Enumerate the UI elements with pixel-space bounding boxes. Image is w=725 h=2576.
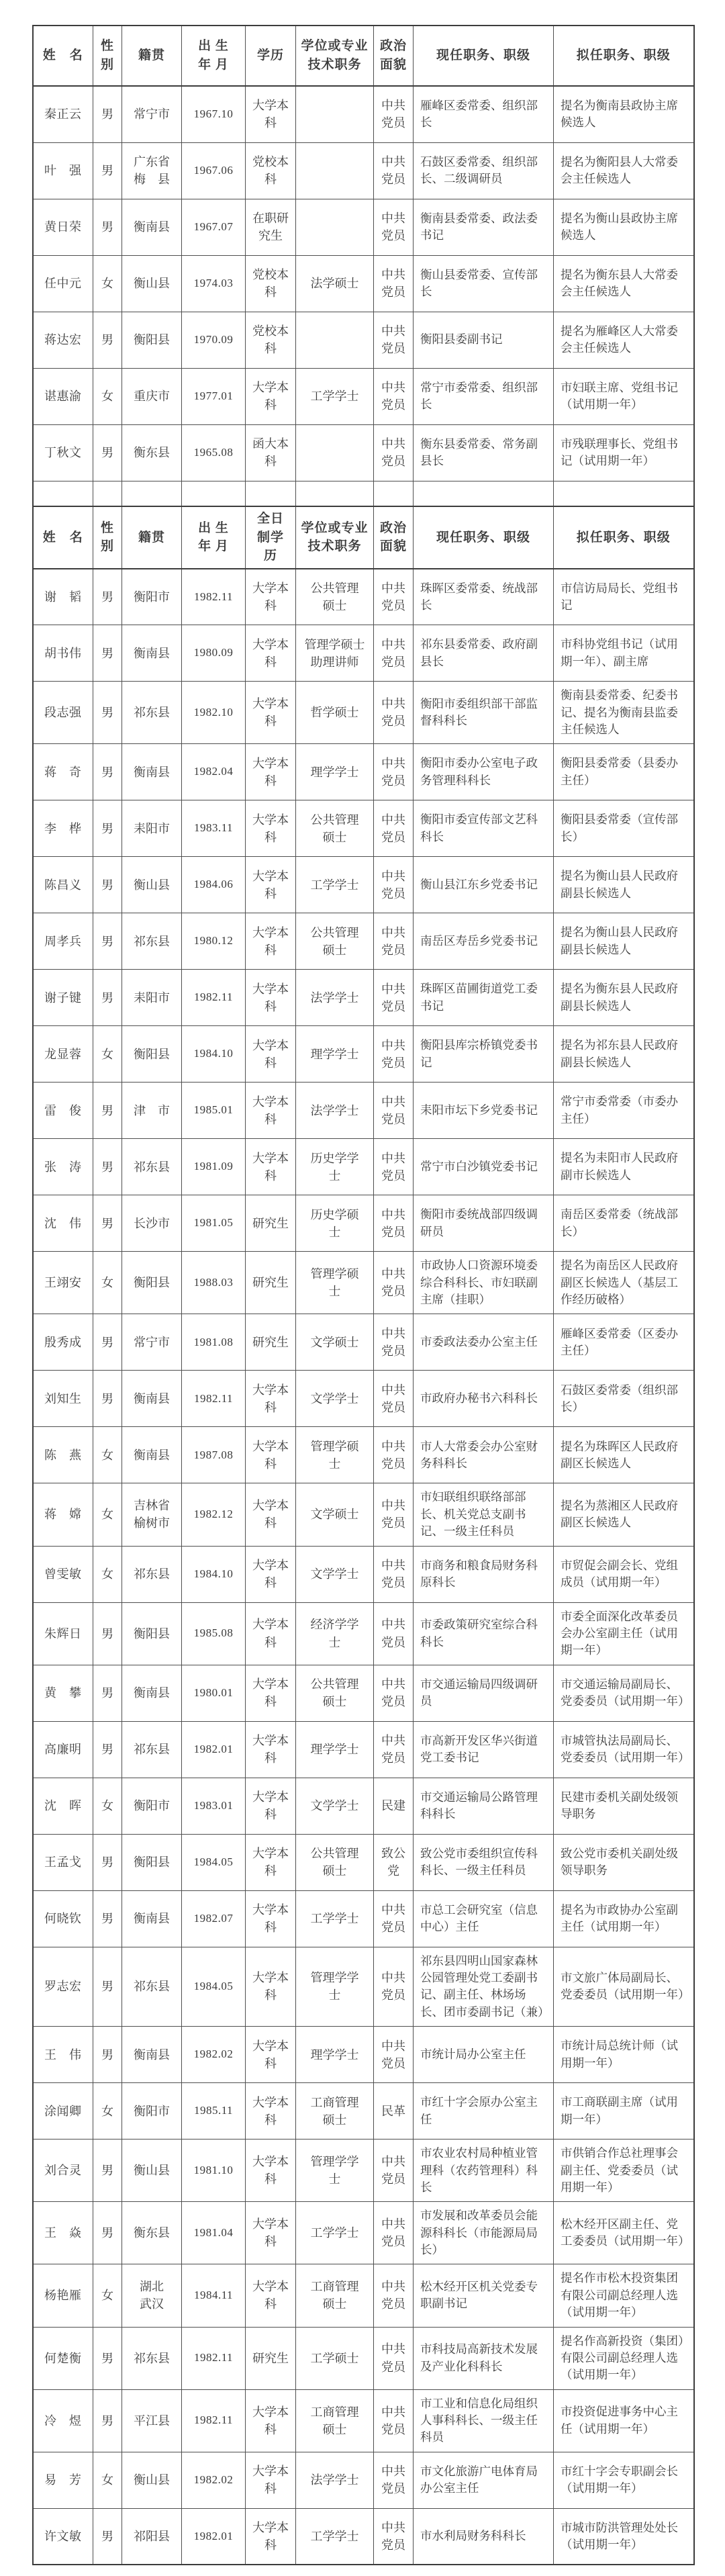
- header-row-section-2: 姓 名性 别籍贯出 生 年 月全日 制学 历学位或专业 技术职务政治 面貌现任职…: [33, 506, 694, 569]
- column-header: 姓 名: [33, 506, 93, 569]
- cell-proposed-position: 提名为珠晖区人民政府副区长候选人: [554, 1427, 694, 1483]
- cell-birth-date: 1983.01: [182, 1778, 246, 1834]
- cell-proposed-position: 市信访局局长、党组书记: [554, 569, 694, 625]
- cell-birth-date: 1965.08: [182, 424, 246, 481]
- cell-gender: 女: [93, 368, 122, 424]
- cell-birth-date: 1981.10: [182, 2140, 246, 2202]
- cell-name: 谢 韬: [33, 569, 93, 625]
- cell-education: 大学本科: [246, 2140, 296, 2202]
- cell-education: 函大本科: [246, 424, 296, 481]
- cell-current-position: 雁峰区委常委、组织部长: [414, 86, 554, 142]
- cell-political-status: 中共党员: [374, 682, 414, 744]
- cell-birth-date: 1977.01: [182, 368, 246, 424]
- cell-political-status: 中共党员: [374, 2508, 414, 2565]
- cell-education: 大学本科: [246, 1083, 296, 1139]
- cell-native-place: 祁东县: [122, 1139, 182, 1195]
- cell-gender: 男: [93, 86, 122, 142]
- cell-native-place: 衡阳市: [122, 2083, 182, 2140]
- cell-political-status: 中共党员: [374, 1483, 414, 1546]
- cell-gender: 男: [93, 1314, 122, 1371]
- cell-gender: 男: [93, 1371, 122, 1427]
- spacer-cell: [93, 481, 122, 506]
- cell-education: 在职研究生: [246, 199, 296, 255]
- cell-political-status: 中共党员: [374, 1139, 414, 1195]
- cell-current-position: 市发展和改革委员会能源科科长（市能源局局长）: [414, 2202, 554, 2264]
- cell-gender: 男: [93, 800, 122, 857]
- cell-education: 大学本科: [246, 1602, 296, 1665]
- column-header: 籍贯: [122, 506, 182, 569]
- table-row: 何楚衡男祁东县1982.11研究生工学硕士中共党员市科技局高新技术发展及产业化科…: [33, 2327, 694, 2389]
- cell-current-position: 衡阳县库宗桥镇党委书记: [414, 1026, 554, 1083]
- cell-current-position: 祁东县四明山国家森林公园管理处党工委副书记、副主任、林场场长、团市委副书记（兼）: [414, 1947, 554, 2027]
- cell-degree: 公共管理 硕士: [296, 1665, 374, 1721]
- cell-current-position: 市交通运输局四级调研员: [414, 1665, 554, 1721]
- cell-political-status: 中共党员: [374, 368, 414, 424]
- cell-political-status: 中共党员: [374, 1602, 414, 1665]
- cell-proposed-position: 市交通运输局副局长、党委委员（试用期一年）: [554, 1665, 694, 1721]
- cell-education: 大学本科: [246, 1778, 296, 1834]
- cell-native-place: 广东省 梅 县: [122, 142, 182, 199]
- cell-degree: 文学硕士: [296, 1483, 374, 1546]
- cell-political-status: 中共党员: [374, 2452, 414, 2508]
- cell-name: 黄 攀: [33, 1665, 93, 1721]
- spacer-cell: [554, 481, 694, 506]
- cell-degree: 公共管理 硕士: [296, 800, 374, 857]
- cell-birth-date: 1984.11: [182, 2264, 246, 2327]
- column-header: 全日 制学 历: [246, 506, 296, 569]
- cell-native-place: 常宁市: [122, 86, 182, 142]
- cell-gender: 男: [93, 682, 122, 744]
- cell-education: 党校本科: [246, 255, 296, 312]
- cell-degree: 哲学硕士: [296, 682, 374, 744]
- cell-current-position: 市政府办秘书六科科长: [414, 1371, 554, 1427]
- cell-education: 党校本科: [246, 312, 296, 368]
- table-row: 陈 燕女衡南县1987.08大学本科管理学硕 士中共党员市人大常委会办公室财务科…: [33, 1427, 694, 1483]
- cell-proposed-position: 市城市防洪管理处处长（试用期一年）: [554, 2508, 694, 2565]
- table-row: 刘知生男衡南县1982.11大学本科文学学士中共党员市政府办秘书六科科长石鼓区委…: [33, 1371, 694, 1427]
- table-row: 黄 攀男衡南县1980.01大学本科公共管理 硕士中共党员市交通运输局四级调研员…: [33, 1665, 694, 1721]
- cell-native-place: 衡南县: [122, 1427, 182, 1483]
- cell-degree: 历史学学 士: [296, 1139, 374, 1195]
- column-header: 学位或专业 技术职务: [296, 506, 374, 569]
- cell-degree: 工学学士: [296, 857, 374, 913]
- cell-birth-date: 1984.10: [182, 1546, 246, 1602]
- cell-proposed-position: 市投资促进事务中心主任（试用期一年）: [554, 2389, 694, 2452]
- cell-native-place: 衡山县: [122, 2140, 182, 2202]
- cell-gender: 男: [93, 1139, 122, 1195]
- column-header: 拟任职务、职级: [554, 26, 694, 86]
- table-row: 朱辉日男衡阳县1985.08大学本科经济学学 士中共党员市委政策研究室综合科科长…: [33, 1602, 694, 1665]
- cell-proposed-position: 提名为衡东县人民政府副县长候选人: [554, 970, 694, 1026]
- personnel-table: 姓 名性 别籍贯出 生 年 月学历学位或专业 技术职务政治 面貌现任职务、职级拟…: [32, 25, 695, 2565]
- cell-proposed-position: 民建市委机关副处级领导职务: [554, 1778, 694, 1834]
- cell-native-place: 吉林省 榆树市: [122, 1483, 182, 1546]
- cell-birth-date: 1987.08: [182, 1427, 246, 1483]
- cell-degree: 管理学学 士: [296, 1947, 374, 2027]
- cell-native-place: 祁阳县: [122, 2508, 182, 2565]
- spacer-cell: [296, 481, 374, 506]
- column-header: 性 别: [93, 506, 122, 569]
- cell-native-place: 衡阳市: [122, 1778, 182, 1834]
- cell-native-place: 耒阳市: [122, 800, 182, 857]
- spacer-cell: [374, 481, 414, 506]
- cell-current-position: 石鼓区委常委、组织部长、二级调研员: [414, 142, 554, 199]
- cell-education: 大学本科: [246, 1139, 296, 1195]
- cell-native-place: 衡阳县: [122, 1602, 182, 1665]
- cell-political-status: 中共党员: [374, 1427, 414, 1483]
- cell-birth-date: 1981.04: [182, 2202, 246, 2264]
- personnel-table-wrapper: 姓 名性 别籍贯出 生 年 月学历学位或专业 技术职务政治 面貌现任职务、职级拟…: [32, 25, 693, 2565]
- cell-native-place: 常宁市: [122, 1314, 182, 1371]
- table-row: 张 涛男祁东县1981.09大学本科历史学学 士中共党员常宁市白沙镇党委书记提名…: [33, 1139, 694, 1195]
- cell-political-status: 中共党员: [374, 2027, 414, 2083]
- table-row: 任中元女衡山县1974.03党校本科法学硕士中共党员衡山县委常委、宣传部长提名为…: [33, 255, 694, 312]
- cell-proposed-position: 南岳区委常委（统战部长）: [554, 1195, 694, 1252]
- spacer-cell: [182, 481, 246, 506]
- cell-gender: 男: [93, 2389, 122, 2452]
- cell-education: 大学本科: [246, 368, 296, 424]
- cell-name: 易 芳: [33, 2452, 93, 2508]
- cell-degree: 公共管理 硕士: [296, 913, 374, 970]
- cell-gender: 男: [93, 1083, 122, 1139]
- cell-proposed-position: 提名作市松木投资集团有限公司副总经理人选（试用期一年）: [554, 2264, 694, 2327]
- cell-name: 黄日荣: [33, 199, 93, 255]
- cell-name: 殷秀成: [33, 1314, 93, 1371]
- cell-current-position: 珠晖区委常委、统战部长: [414, 569, 554, 625]
- cell-current-position: 市统计局办公室主任: [414, 2027, 554, 2083]
- cell-proposed-position: 市红十字会专职副会长（试用期一年）: [554, 2452, 694, 2508]
- cell-name: 张 涛: [33, 1139, 93, 1195]
- cell-education: 大学本科: [246, 2508, 296, 2565]
- cell-native-place: 耒阳市: [122, 970, 182, 1026]
- cell-political-status: 中共党员: [374, 2140, 414, 2202]
- cell-education: 大学本科: [246, 2083, 296, 2140]
- cell-political-status: 民建: [374, 1778, 414, 1834]
- cell-native-place: 重庆市: [122, 368, 182, 424]
- cell-native-place: 衡东县: [122, 2202, 182, 2264]
- cell-native-place: 衡南县: [122, 199, 182, 255]
- cell-native-place: 衡南县: [122, 1371, 182, 1427]
- cell-native-place: 衡南县: [122, 1890, 182, 1947]
- cell-gender: 男: [93, 2027, 122, 2083]
- cell-name: 王翊安: [33, 1252, 93, 1314]
- cell-name: 涂闻卿: [33, 2083, 93, 2140]
- table-row: 李 桦男耒阳市1983.11大学本科公共管理 硕士中共党员衡阳市委宣传部文艺科科…: [33, 800, 694, 857]
- cell-birth-date: 1982.01: [182, 2508, 246, 2565]
- cell-current-position: 市委政策研究室综合科科长: [414, 1602, 554, 1665]
- table-row: 王孟戈男衡阳县1984.05大学本科公共管理 硕士致公党致公党市委组织宣传科科长…: [33, 1834, 694, 1890]
- table-row: 谢 韬男衡阳市1982.11大学本科公共管理 硕士中共党员珠晖区委常委、统战部长…: [33, 569, 694, 625]
- cell-political-status: 中共党员: [374, 255, 414, 312]
- cell-gender: 女: [93, 1026, 122, 1083]
- cell-degree: [296, 199, 374, 255]
- cell-name: 沈 伟: [33, 1195, 93, 1252]
- cell-birth-date: 1980.01: [182, 1665, 246, 1721]
- cell-degree: 工商管理 硕士: [296, 2083, 374, 2140]
- cell-native-place: 湖北 武汉: [122, 2264, 182, 2327]
- cell-degree: 法学学士: [296, 970, 374, 1026]
- cell-degree: 理学学士: [296, 1721, 374, 1778]
- table-row: 胡书伟男衡南县1980.09大学本科管理学硕士 助理讲师中共党员祁东县委常委、政…: [33, 625, 694, 682]
- cell-current-position: 衡山县江东乡党委书记: [414, 857, 554, 913]
- table-row: 曾雯敏女祁东县1984.10大学本科文学学士中共党员市商务和粮食局财务科原科长市…: [33, 1546, 694, 1602]
- cell-political-status: 中共党员: [374, 1890, 414, 1947]
- cell-current-position: 衡阳市委组织部干部监督科科长: [414, 682, 554, 744]
- header-row-section-1: 姓 名性 别籍贯出 生 年 月学历学位或专业 技术职务政治 面貌现任职务、职级拟…: [33, 26, 694, 86]
- table-row: 涂闻卿女衡阳市1985.11大学本科工商管理 硕士民革市红十字会原办公室主任市工…: [33, 2083, 694, 2140]
- cell-education: 大学本科: [246, 625, 296, 682]
- cell-education: 大学本科: [246, 1546, 296, 1602]
- cell-proposed-position: 市统计局总统计师（试用期一年）: [554, 2027, 694, 2083]
- cell-current-position: 南岳区寿岳乡党委书记: [414, 913, 554, 970]
- table-row: 黄日荣男衡南县1967.07在职研究生中共党员衡南县委常委、政法委书记提名为衡山…: [33, 199, 694, 255]
- cell-degree: 经济学学 士: [296, 1602, 374, 1665]
- table-row: 周孝兵男祁东县1980.12大学本科公共管理 硕士中共党员南岳区寿岳乡党委书记提…: [33, 913, 694, 970]
- cell-education: 大学本科: [246, 970, 296, 1026]
- cell-gender: 男: [93, 744, 122, 800]
- cell-current-position: 祁东县委常委、政府副县长: [414, 625, 554, 682]
- cell-degree: 文学学士: [296, 1546, 374, 1602]
- cell-degree: 文学学士: [296, 1371, 374, 1427]
- cell-proposed-position: 市科协党组书记（试用期一年）、副主席: [554, 625, 694, 682]
- cell-education: 大学本科: [246, 913, 296, 970]
- cell-name: 刘知生: [33, 1371, 93, 1427]
- cell-native-place: 衡山县: [122, 255, 182, 312]
- cell-education: 研究生: [246, 1195, 296, 1252]
- cell-proposed-position: 市妇联主席、党组书记（试用期一年）: [554, 368, 694, 424]
- cell-birth-date: 1984.10: [182, 1026, 246, 1083]
- cell-proposed-position: 提名为南岳区人民政府副区长候选人（基层工作经历破格）: [554, 1252, 694, 1314]
- cell-degree: 文学硕士: [296, 1314, 374, 1371]
- cell-native-place: 长沙市: [122, 1195, 182, 1252]
- cell-birth-date: 1982.10: [182, 682, 246, 744]
- cell-name: 王 伟: [33, 2027, 93, 2083]
- cell-native-place: 祁东县: [122, 682, 182, 744]
- cell-native-place: 衡阳县: [122, 1834, 182, 1890]
- cell-degree: 工学学士: [296, 368, 374, 424]
- page: { "page": { "background": "#ffffff", "te…: [0, 25, 725, 2576]
- personnel-table-body: 姓 名性 别籍贯出 生 年 月学历学位或专业 技术职务政治 面貌现任职务、职级拟…: [33, 26, 694, 2565]
- cell-gender: 男: [93, 142, 122, 199]
- column-header: 学位或专业 技术职务: [296, 26, 374, 86]
- cell-education: 党校本科: [246, 142, 296, 199]
- cell-birth-date: 1967.10: [182, 86, 246, 142]
- column-header: 出 生 年 月: [182, 506, 246, 569]
- cell-education: 大学本科: [246, 1947, 296, 2027]
- cell-education: 大学本科: [246, 857, 296, 913]
- table-row: 陈昌义男衡山县1984.06大学本科工学学士中共党员衡山县江东乡党委书记提名为衡…: [33, 857, 694, 913]
- cell-gender: 男: [93, 1890, 122, 1947]
- cell-name: 王孟戈: [33, 1834, 93, 1890]
- cell-political-status: 中共党员: [374, 2264, 414, 2327]
- cell-name: 龙显蓉: [33, 1026, 93, 1083]
- cell-political-status: 中共党员: [374, 569, 414, 625]
- cell-name: 何楚衡: [33, 2327, 93, 2389]
- table-row: 许文敏男祁阳县1982.01大学本科工学学士中共党员市水利局财务科科长市城市防洪…: [33, 2508, 694, 2565]
- cell-proposed-position: 衡南县委常委、纪委书记、提名为衡南县监委主任候选人: [554, 682, 694, 744]
- cell-political-status: 中共党员: [374, 1721, 414, 1778]
- cell-proposed-position: 市城管执法局副局长、党委委员（试用期一年）: [554, 1721, 694, 1778]
- cell-native-place: 祁东县: [122, 1947, 182, 2027]
- cell-native-place: 衡阳县: [122, 1252, 182, 1314]
- cell-degree: 文学学士: [296, 1778, 374, 1834]
- cell-gender: 女: [93, 1483, 122, 1546]
- cell-degree: 工商管理 硕士: [296, 2264, 374, 2327]
- cell-current-position: 常宁市委常委、组织部长: [414, 368, 554, 424]
- cell-name: 蒋 嫦: [33, 1483, 93, 1546]
- cell-birth-date: 1984.06: [182, 857, 246, 913]
- cell-name: 许文敏: [33, 2508, 93, 2565]
- table-row: 谌惠渝女重庆市1977.01大学本科工学学士中共党员常宁市委常委、组织部长市妇联…: [33, 368, 694, 424]
- cell-native-place: 祁东县: [122, 913, 182, 970]
- cell-current-position: 衡山县委常委、宣传部长: [414, 255, 554, 312]
- cell-birth-date: 1982.02: [182, 2452, 246, 2508]
- table-row: 雷 俊男津 市1985.01大学本科法学学士中共党员耒阳市坛下乡党委书记常宁市委…: [33, 1083, 694, 1139]
- cell-degree: [296, 424, 374, 481]
- cell-name: 杨艳雁: [33, 2264, 93, 2327]
- cell-gender: 女: [93, 255, 122, 312]
- table-row: 秦正云男常宁市1967.10大学本科中共党员雁峰区委常委、组织部长提名为衡南县政…: [33, 86, 694, 142]
- cell-education: 大学本科: [246, 2202, 296, 2264]
- cell-gender: 男: [93, 424, 122, 481]
- cell-birth-date: 1967.06: [182, 142, 246, 199]
- cell-proposed-position: 提名作高新投资（集团）有限公司副总经理人选（试用期一年）: [554, 2327, 694, 2389]
- cell-name: 陈昌义: [33, 857, 93, 913]
- column-header: 姓 名: [33, 26, 93, 86]
- table-row: 高廉明男祁东县1982.01大学本科理学学士中共党员市高新开发区华兴街道党工委书…: [33, 1721, 694, 1778]
- cell-name: 丁秋文: [33, 424, 93, 481]
- cell-degree: 管理学硕 士: [296, 1252, 374, 1314]
- cell-name: 李 桦: [33, 800, 93, 857]
- column-header: 政治 面貌: [374, 506, 414, 569]
- cell-proposed-position: 石鼓区委常委（组织部长）: [554, 1371, 694, 1427]
- cell-gender: 女: [93, 2452, 122, 2508]
- cell-political-status: 中共党员: [374, 857, 414, 913]
- cell-political-status: 中共党员: [374, 913, 414, 970]
- cell-current-position: 衡南县委常委、政法委书记: [414, 199, 554, 255]
- cell-degree: [296, 86, 374, 142]
- cell-gender: 男: [93, 1195, 122, 1252]
- column-header: 性 别: [93, 26, 122, 86]
- cell-political-status: 致公党: [374, 1834, 414, 1890]
- cell-name: 何晓钦: [33, 1890, 93, 1947]
- cell-name: 沈 晖: [33, 1778, 93, 1834]
- cell-current-position: 市水利局财务科科长: [414, 2508, 554, 2565]
- cell-gender: 男: [93, 625, 122, 682]
- cell-political-status: 中共党员: [374, 424, 414, 481]
- cell-proposed-position: 松木经开区副主任、党工委委员（试用期一年）: [554, 2202, 694, 2264]
- cell-native-place: 平江县: [122, 2389, 182, 2452]
- column-header: 籍贯: [122, 26, 182, 86]
- cell-political-status: 民革: [374, 2083, 414, 2140]
- column-header: 现任职务、职级: [414, 26, 554, 86]
- column-header: 学历: [246, 26, 296, 86]
- cell-proposed-position: 常宁市委常委（市委办主任）: [554, 1083, 694, 1139]
- cell-current-position: 市人大常委会办公室财务科科长: [414, 1427, 554, 1483]
- cell-political-status: 中共党员: [374, 625, 414, 682]
- cell-native-place: 祁东县: [122, 2327, 182, 2389]
- cell-gender: 男: [93, 2508, 122, 2565]
- cell-degree: 理学学士: [296, 2027, 374, 2083]
- cell-gender: 女: [93, 1252, 122, 1314]
- cell-birth-date: 1982.04: [182, 744, 246, 800]
- cell-education: 大学本科: [246, 1026, 296, 1083]
- cell-degree: 工学学士: [296, 2508, 374, 2565]
- table-row: 易 芳女衡山县1982.02大学本科法学学士中共党员市文化旅游广电体育局办公室主…: [33, 2452, 694, 2508]
- cell-name: 蒋达宏: [33, 312, 93, 368]
- cell-gender: 女: [93, 1778, 122, 1834]
- table-row: 王 伟男衡南县1982.02大学本科理学学士中共党员市统计局办公室主任市统计局总…: [33, 2027, 694, 2083]
- column-header: 拟任职务、职级: [554, 506, 694, 569]
- cell-birth-date: 1981.08: [182, 1314, 246, 1371]
- cell-birth-date: 1985.01: [182, 1083, 246, 1139]
- cell-education: 研究生: [246, 1252, 296, 1314]
- cell-name: 曾雯敏: [33, 1546, 93, 1602]
- cell-degree: 法学学士: [296, 1083, 374, 1139]
- cell-current-position: 珠晖区苗圃街道党工委书记: [414, 970, 554, 1026]
- table-row: 叶 强男广东省 梅 县1967.06党校本科中共党员石鼓区委常委、组织部长、二级…: [33, 142, 694, 199]
- cell-birth-date: 1982.11: [182, 569, 246, 625]
- cell-name: 王 焱: [33, 2202, 93, 2264]
- cell-birth-date: 1983.11: [182, 800, 246, 857]
- cell-political-status: 中共党员: [374, 199, 414, 255]
- cell-gender: 男: [93, 1947, 122, 2027]
- cell-native-place: 津 市: [122, 1083, 182, 1139]
- cell-native-place: 衡山县: [122, 857, 182, 913]
- cell-proposed-position: 提名为蒸湘区人民政府副区长候选人: [554, 1483, 694, 1546]
- table-row: 丁秋文男衡东县1965.08函大本科中共党员衡东县委常委、常务副县长市残联理事长…: [33, 424, 694, 481]
- cell-education: 大学本科: [246, 2389, 296, 2452]
- cell-gender: 男: [93, 1721, 122, 1778]
- table-row: 刘合灵男衡山县1981.10大学本科管理学学 士中共党员市农业农村局种植业管理科…: [33, 2140, 694, 2202]
- cell-degree: 公共管理 硕士: [296, 1834, 374, 1890]
- cell-education: 大学本科: [246, 1834, 296, 1890]
- cell-degree: [296, 312, 374, 368]
- cell-political-status: 中共党员: [374, 86, 414, 142]
- cell-education: 大学本科: [246, 1721, 296, 1778]
- cell-name: 段志强: [33, 682, 93, 744]
- table-row: 蒋 奇男衡南县1982.04大学本科理学学士中共党员衡阳市委办公室电子政务管理科…: [33, 744, 694, 800]
- cell-political-status: 中共党员: [374, 1195, 414, 1252]
- cell-birth-date: 1982.11: [182, 1371, 246, 1427]
- cell-education: 大学本科: [246, 682, 296, 744]
- cell-birth-date: 1982.01: [182, 1721, 246, 1778]
- cell-political-status: 中共党员: [374, 1947, 414, 2027]
- cell-native-place: 衡南县: [122, 625, 182, 682]
- cell-degree: 公共管理 硕士: [296, 569, 374, 625]
- cell-name: 朱辉日: [33, 1602, 93, 1665]
- cell-native-place: 衡阳县: [122, 1026, 182, 1083]
- cell-gender: 男: [93, 970, 122, 1026]
- cell-name: 任中元: [33, 255, 93, 312]
- spacer-cell: [414, 481, 554, 506]
- cell-education: 大学本科: [246, 1483, 296, 1546]
- cell-gender: 男: [93, 1602, 122, 1665]
- cell-education: 大学本科: [246, 744, 296, 800]
- cell-political-status: 中共党员: [374, 800, 414, 857]
- table-row: 王 焱男衡东县1981.04大学本科工学学士中共党员市发展和改革委员会能源科科长…: [33, 2202, 694, 2264]
- column-header: 政治 面貌: [374, 26, 414, 86]
- cell-degree: 理学学士: [296, 744, 374, 800]
- cell-degree: [296, 142, 374, 199]
- cell-proposed-position: 衡阳县委常委（宣传部长）: [554, 800, 694, 857]
- cell-birth-date: 1982.11: [182, 2389, 246, 2452]
- cell-degree: 工商管理 硕士: [296, 2389, 374, 2452]
- cell-education: 大学本科: [246, 86, 296, 142]
- cell-proposed-position: 衡阳县委常委（县委办主任）: [554, 744, 694, 800]
- table-row: 何晓钦男衡南县1982.07大学本科工学学士中共党员市总工会研究室（信息中心）主…: [33, 1890, 694, 1947]
- table-row: 沈 晖女衡阳市1983.01大学本科文学学士民建市交通运输局公路管理科科长民建市…: [33, 1778, 694, 1834]
